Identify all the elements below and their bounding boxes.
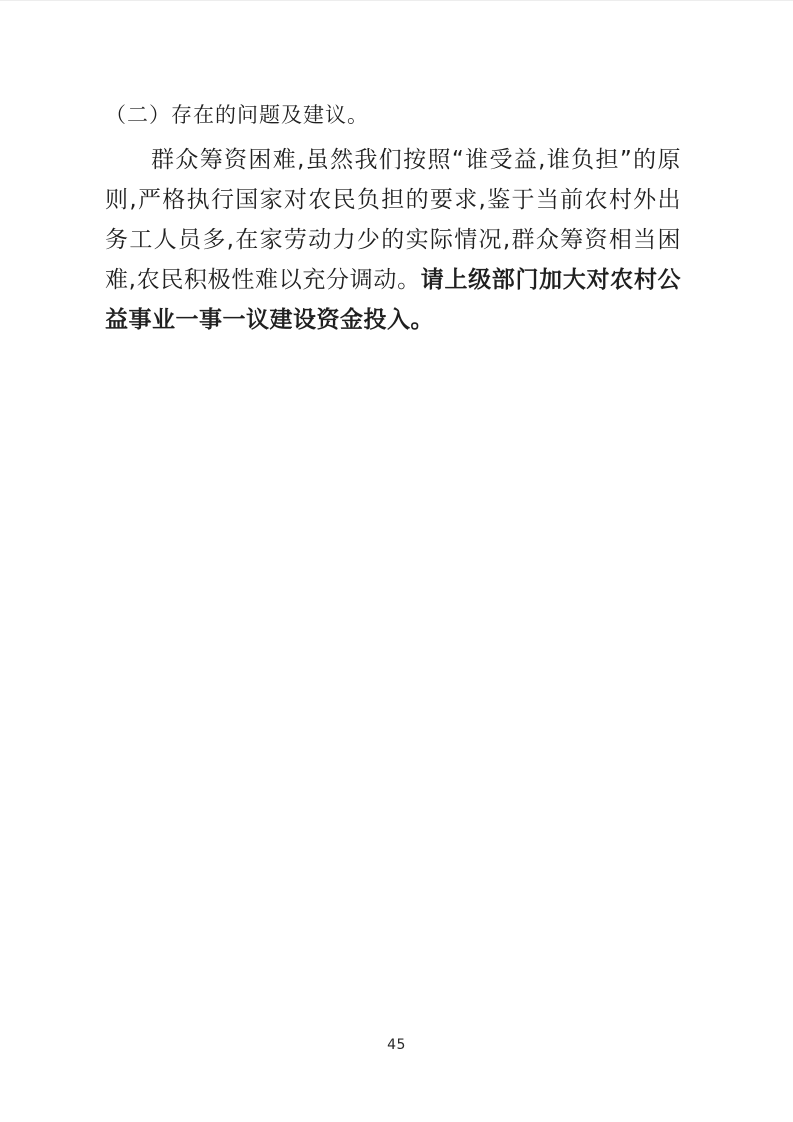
document-page: （二）存在的问题及建议。 群众筹资困难,虽然我们按照“谁受益,谁负担”的原则,严… bbox=[0, 0, 793, 1122]
page-number: 45 bbox=[0, 1037, 793, 1053]
body-paragraph: 群众筹资困难,虽然我们按照“谁受益,谁负担”的原则,严格执行国家对农民负担的要求… bbox=[105, 140, 681, 340]
document-content: （二）存在的问题及建议。 群众筹资困难,虽然我们按照“谁受益,谁负担”的原则,严… bbox=[105, 100, 681, 340]
section-heading: （二）存在的问题及建议。 bbox=[105, 100, 681, 131]
